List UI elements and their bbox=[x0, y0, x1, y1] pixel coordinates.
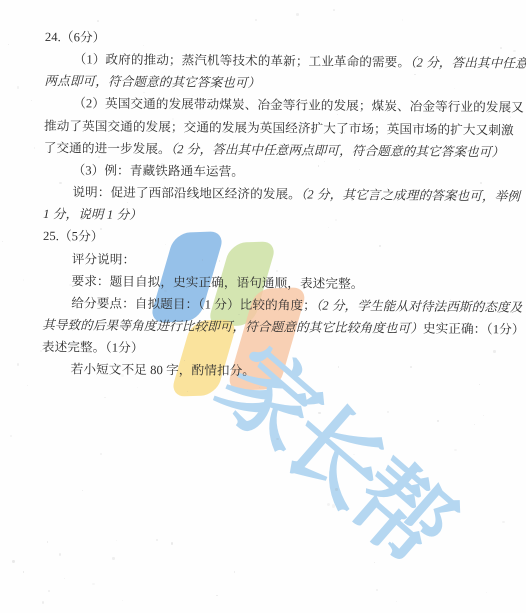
text-segment: 史实正确：（1分） bbox=[423, 322, 525, 337]
noise-speck bbox=[486, 592, 487, 594]
noise-speck bbox=[17, 363, 19, 365]
text-segment: 推动了英国交通的发展；交通的发展为英国经济扩大了市场；英国市场的扩大又刺激 bbox=[44, 119, 514, 138]
noise-speck bbox=[100, 453, 102, 455]
noise-speck bbox=[374, 562, 375, 564]
document-text: 24.（6分）（1）政府的推动；蒸汽机等技术的革新；工业革命的需要。（2 分，答… bbox=[42, 26, 521, 385]
text-segment: （2 分，答出其中任意 bbox=[410, 56, 526, 71]
noise-speck bbox=[42, 601, 44, 603]
noise-speck bbox=[335, 488, 338, 491]
noise-speck bbox=[259, 387, 260, 388]
noise-speck bbox=[31, 100, 32, 101]
noise-speck bbox=[82, 490, 83, 491]
text-segment: 其导致的后果等角度进行比较即可，符合题意的其它比较角度也可） bbox=[42, 318, 423, 336]
noise-speck bbox=[474, 424, 475, 425]
noise-speck bbox=[502, 521, 505, 523]
noise-speck bbox=[396, 601, 397, 602]
noise-speck bbox=[48, 590, 50, 592]
noise-speck bbox=[353, 454, 354, 455]
noise-speck bbox=[234, 571, 235, 572]
noise-speck bbox=[216, 595, 218, 597]
noise-speck bbox=[92, 583, 95, 585]
noise-speck bbox=[59, 553, 61, 555]
noise-speck bbox=[187, 391, 188, 392]
text-segment: 要求：题目自拟，史实正确，语句通顺，表述完整。 bbox=[71, 274, 363, 291]
scanned-document-page: 家长帮 24.（6分）（1）政府的推动；蒸汽机等技术的革新；工业革命的需要。（2… bbox=[0, 0, 526, 613]
noise-speck bbox=[332, 504, 335, 508]
text-segment: （2 分，其它言之成理的答案也可，举例 bbox=[301, 188, 520, 204]
noise-speck bbox=[376, 589, 378, 591]
text-segment: 若小短文不足 80 字，酌情扣分。 bbox=[71, 363, 255, 379]
noise-speck bbox=[23, 571, 24, 572]
text-segment: 两点即可，符合题意的其它答案也可） bbox=[44, 74, 260, 90]
text-segment: （2 分，学生能从对待法西斯的态度及 bbox=[316, 298, 523, 314]
text-segment: 评分说明： bbox=[72, 252, 136, 267]
noise-speck bbox=[387, 411, 389, 413]
noise-speck bbox=[171, 542, 173, 544]
text-segment: （1）政府的推动；蒸汽机等技术的革新；工业革命的需要。 bbox=[74, 52, 411, 69]
noise-speck bbox=[255, 19, 257, 21]
noise-speck bbox=[437, 420, 439, 421]
noise-speck bbox=[156, 539, 158, 542]
text-segment: （2 分，答出其中任意两点即可，符合题意的其它答案也可） bbox=[171, 142, 505, 159]
noise-speck bbox=[327, 503, 330, 506]
noise-speck bbox=[27, 385, 28, 386]
text-segment: （2）英国交通的发展带动煤炭、冶金等行业的发展；煤炭、冶金等行业的发展又 bbox=[73, 97, 524, 115]
noise-speck bbox=[34, 147, 35, 149]
noise-speck bbox=[454, 449, 456, 451]
noise-speck bbox=[276, 438, 278, 440]
noise-speck bbox=[104, 397, 106, 398]
text-segment: 给分要点：自拟题目：（1 分）比较的角度； bbox=[71, 296, 316, 312]
noise-speck bbox=[17, 86, 19, 88]
noise-speck bbox=[8, 44, 9, 45]
noise-speck bbox=[97, 20, 99, 22]
text-segment: 表述完整。（1分） bbox=[42, 340, 144, 355]
text-segment: 了交通的进一步发展。 bbox=[44, 141, 171, 156]
noise-speck bbox=[23, 279, 25, 280]
text-segment: 说明：促进了西部沿线地区经济的发展。 bbox=[72, 185, 301, 201]
noise-speck bbox=[112, 557, 115, 559]
text-segment: 24.（6分） bbox=[45, 30, 106, 45]
text-segment: （3）例：青藏铁路通车运营。 bbox=[73, 163, 245, 179]
noise-speck bbox=[12, 560, 14, 562]
noise-speck bbox=[122, 600, 123, 601]
noise-speck bbox=[333, 9, 335, 11]
noise-speck bbox=[10, 435, 12, 438]
noise-speck bbox=[64, 578, 65, 579]
noise-speck bbox=[402, 19, 403, 20]
noise-speck bbox=[47, 541, 49, 542]
noise-speck bbox=[483, 415, 484, 416]
noise-speck bbox=[2, 241, 3, 242]
noise-speck bbox=[318, 412, 320, 415]
text-segment: 1 分，说明 1 分） bbox=[43, 207, 142, 222]
noise-speck bbox=[137, 387, 138, 388]
noise-speck bbox=[116, 540, 117, 541]
text-segment: 25.（5分） bbox=[43, 229, 104, 244]
noise-speck bbox=[296, 13, 299, 16]
text-line: 若小短文不足 80 字，酌情扣分。 bbox=[42, 358, 518, 385]
